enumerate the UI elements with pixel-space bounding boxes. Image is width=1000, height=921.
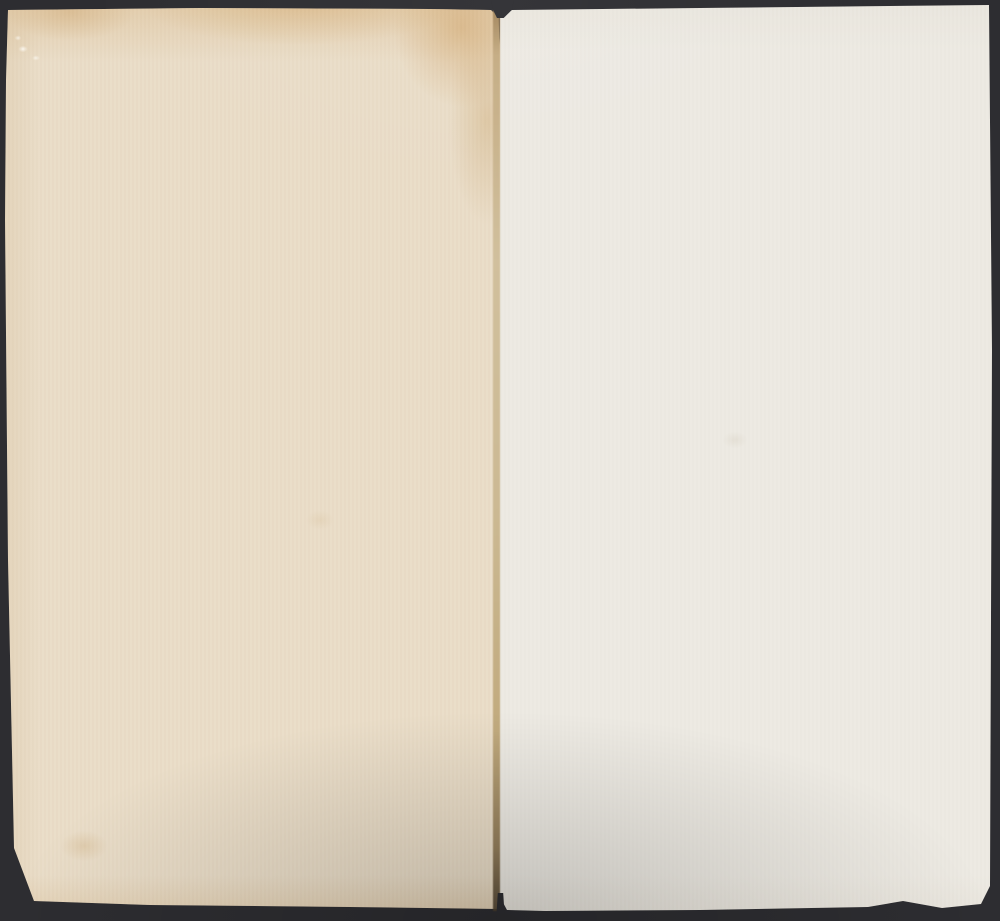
spine-gutter [493,10,500,911]
scan-background [0,0,1000,921]
